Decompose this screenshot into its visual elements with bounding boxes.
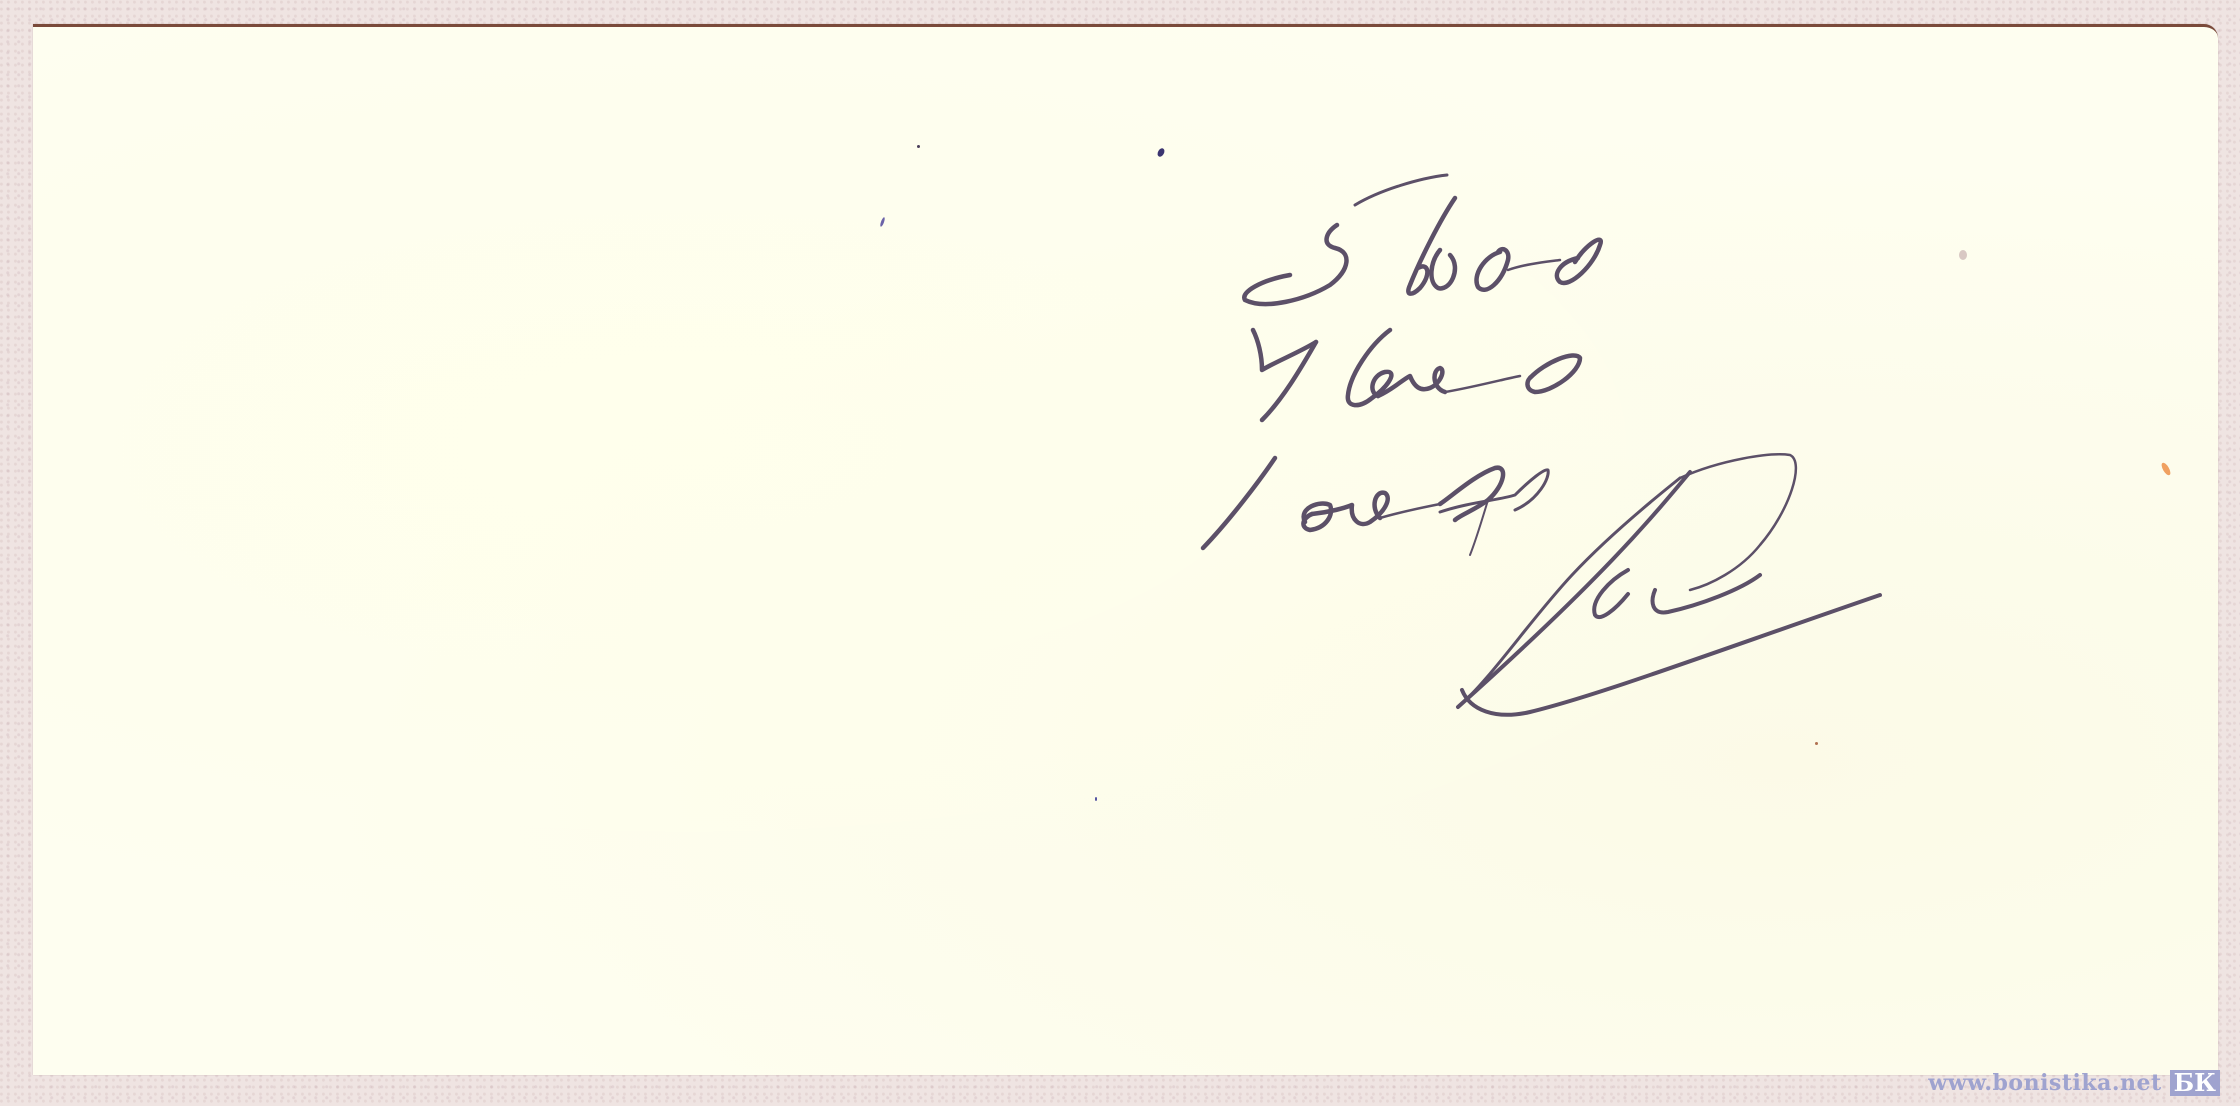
paper-speck <box>1815 742 1818 745</box>
paper-speck <box>1095 797 1097 801</box>
paper-speck <box>917 145 920 148</box>
paper-speck <box>1959 250 1967 260</box>
paper-card <box>33 24 2218 1075</box>
watermark-badge: БК <box>2170 1070 2220 1096</box>
watermark-url: www.bonistika.net <box>1928 1070 2161 1096</box>
watermark: www.bonistika.net БК <box>1928 1070 2220 1096</box>
handwritten-line-1: 5600 <box>1200 160 1201 161</box>
